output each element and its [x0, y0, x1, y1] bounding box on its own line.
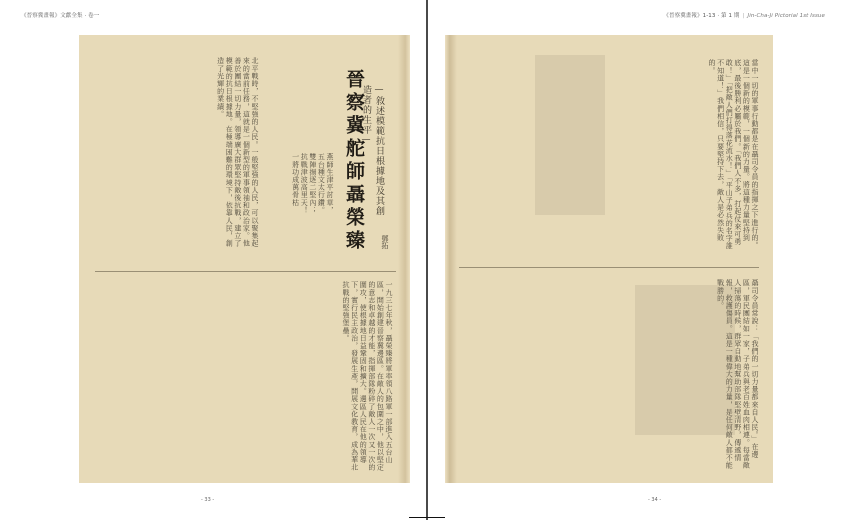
right-page-scan: 當中一切的軍事行動都是在聶司令員的指揮之下進行的。這是一個新的模範，一個新的力量…	[445, 35, 773, 483]
left-page-scan: 晉察冀舵師聶榮臻 —敘述模範抗日根據地及其創造者的生平— 鄧拓 燕師生津平討草，…	[79, 35, 410, 483]
spread-divider	[426, 0, 428, 520]
section-rule	[459, 267, 759, 268]
right-running-head: 《晉察冀畫報》1-13 · 第 1 期|Jin-Cha-Ji Pictorial…	[663, 11, 825, 19]
ink-bleed-through	[635, 285, 735, 435]
right-page-number: - 34 -	[648, 497, 661, 503]
article-subtitle: —敘述模範抗日根據地及其創造者的生平—	[360, 85, 386, 225]
epigraph-poem: 燕師生津平討草，五台種文太行鑽。雙陣揚逐二堅內；抗戰津波高里天！一將功成萬骨枯	[274, 153, 334, 243]
left-body-bottom: 一九三七年秋，聶榮臻將軍率領八路軍一部進入五台山區，開始創建晉察冀邊區。在敵人的…	[97, 281, 393, 473]
right-running-head-cn: 《晉察冀畫報》1-13 · 第 1 期	[663, 13, 739, 19]
article-author: 鄧拓	[380, 235, 390, 249]
right-running-head-en: Jin-Cha-Ji Pictorial 1st Issue	[747, 13, 825, 19]
spine-base-line	[409, 517, 445, 518]
running-head-separator: |	[743, 13, 745, 19]
ink-bleed-through	[535, 55, 605, 215]
right-body-top: 當中一切的軍事行動都是在聶司令員的指揮之下進行的。這是一個新的模範，一個新的力量…	[459, 59, 759, 255]
section-rule	[95, 271, 396, 272]
left-body-top: 北平戰時，不堅強的人民。一般堅強的人民，可以聚集起來的當前任務，這就是一個新型的…	[97, 57, 259, 253]
left-page-number: - 33 -	[201, 497, 214, 503]
left-running-head: 《晉察冀畫報》文獻全集 · 卷一	[21, 11, 99, 19]
